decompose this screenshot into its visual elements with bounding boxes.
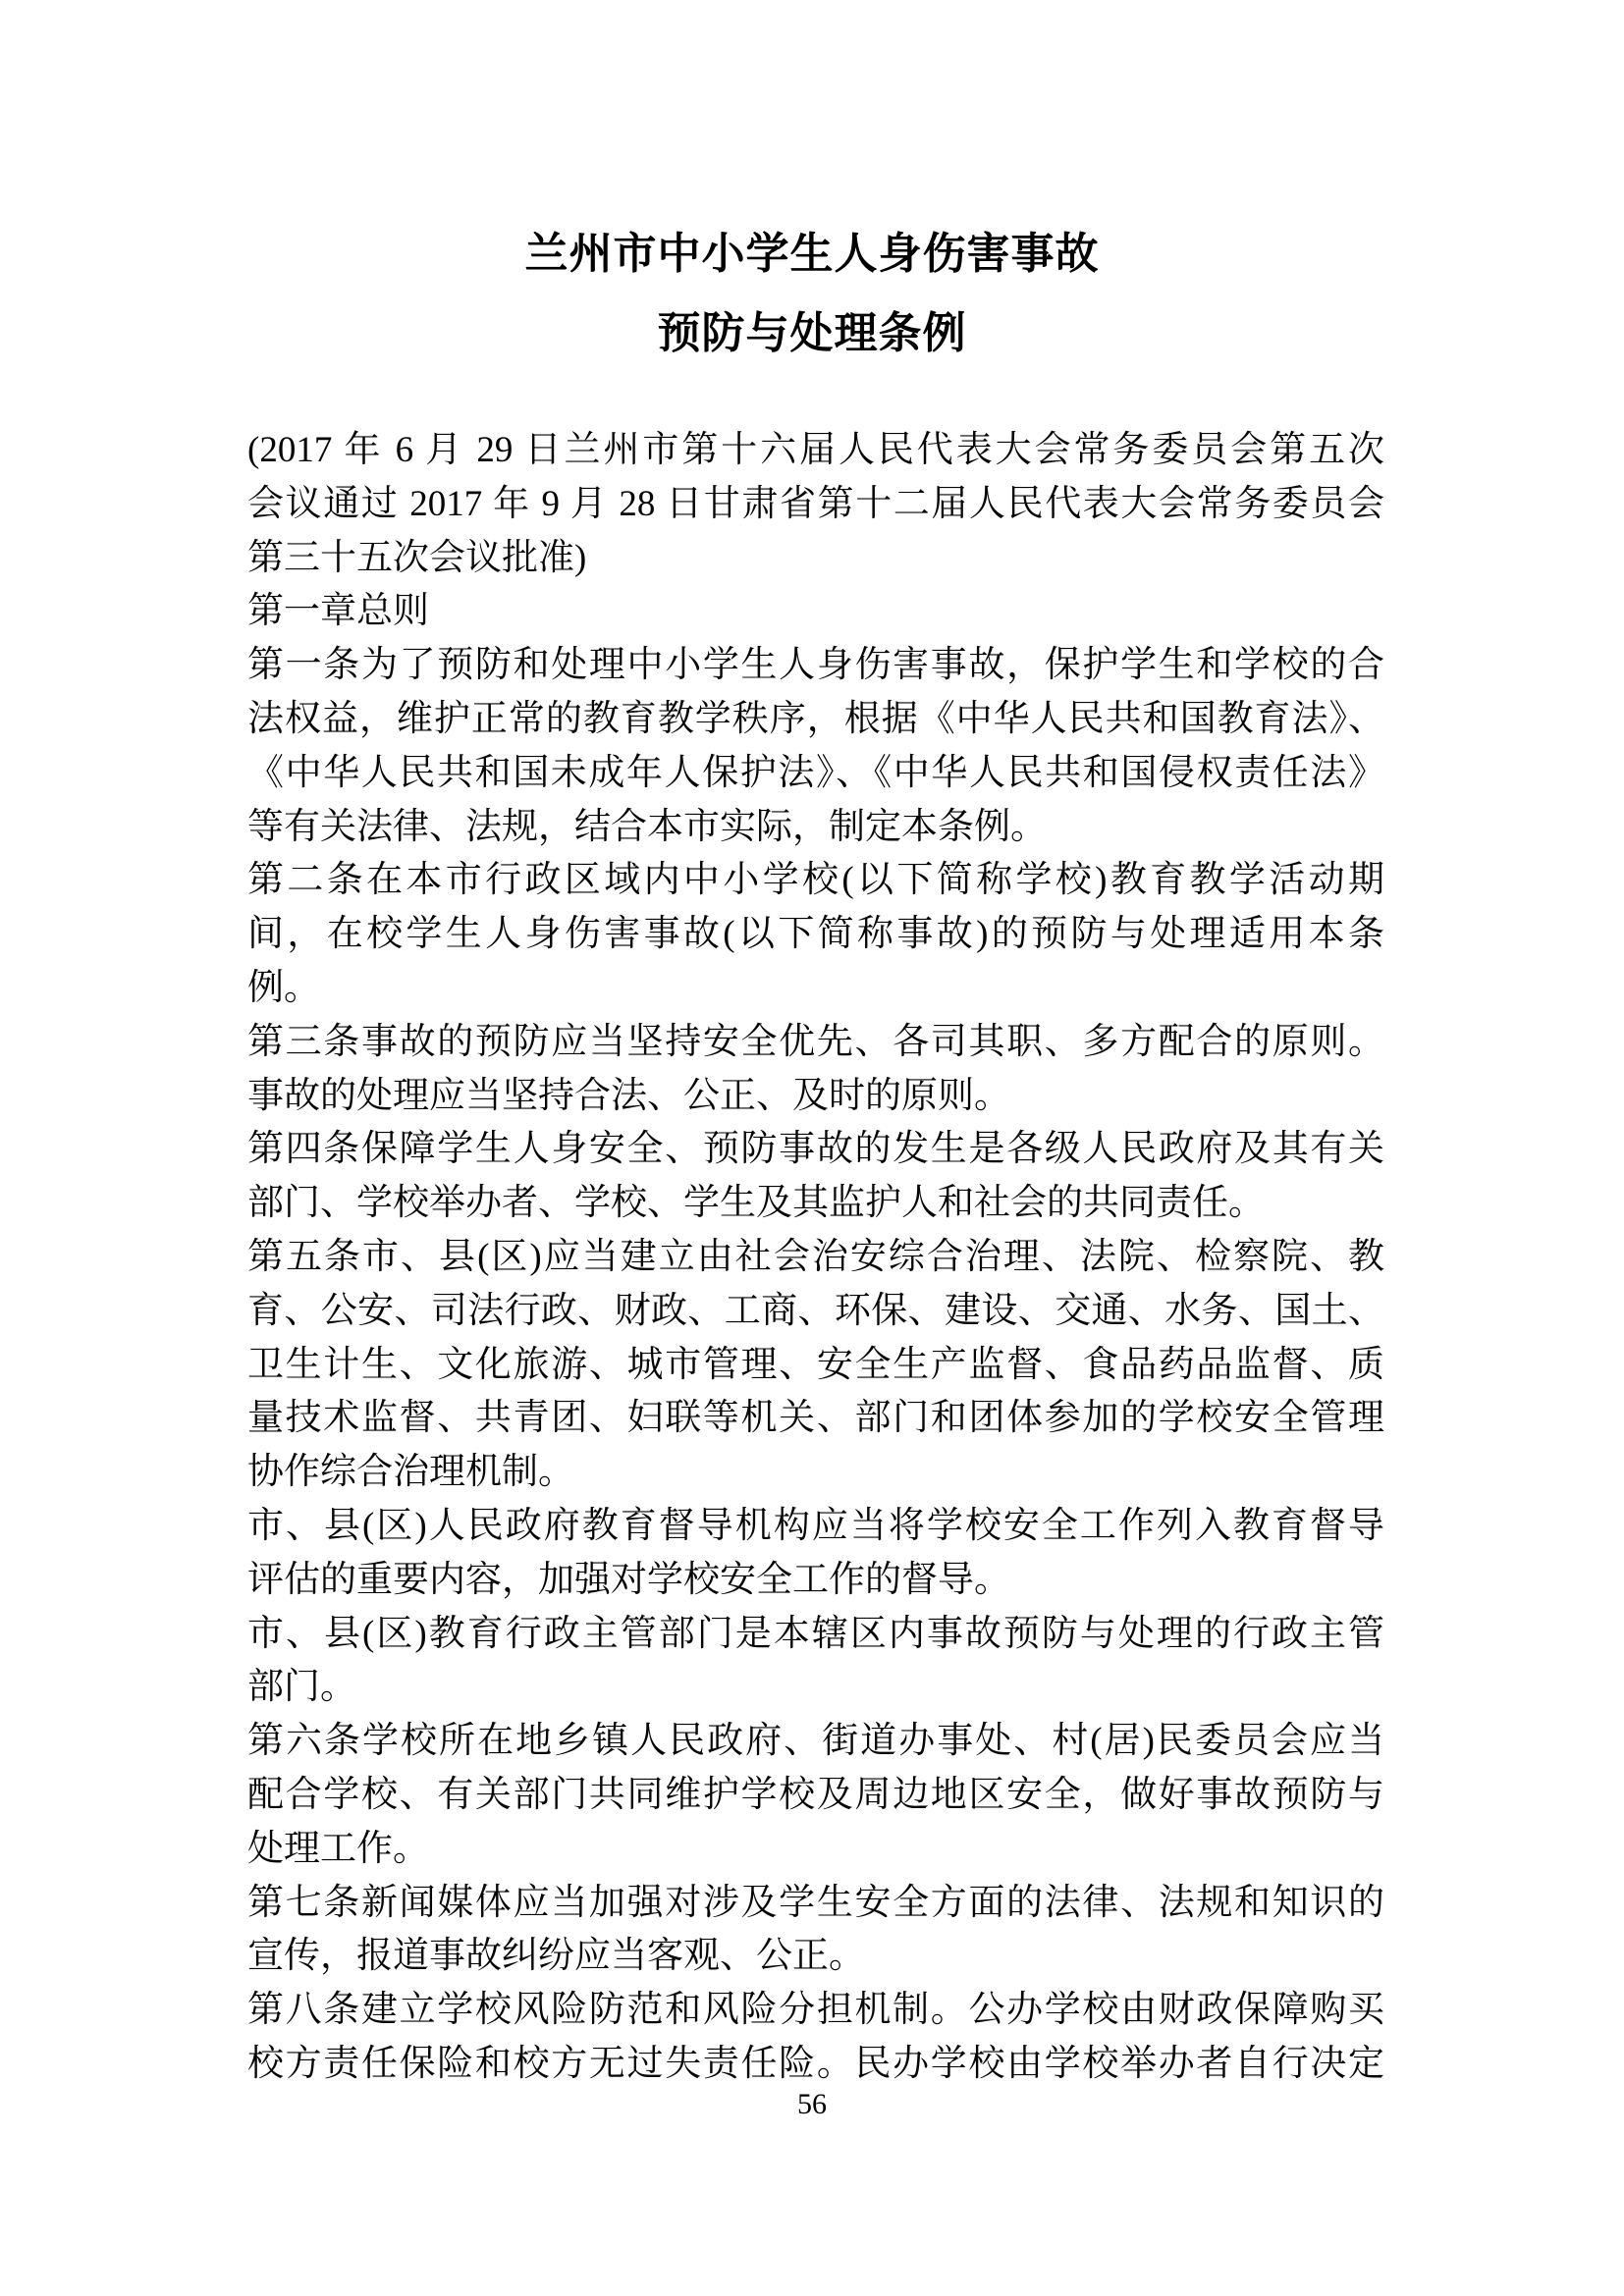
text-line: 第一条为了预防和处理中小学生人身伤害事故，保护学生和学校的合 (247, 639, 1384, 693)
text-line: (2017 年 6 月 29 日兰州市第十六届人民代表大会常务委员会第五次 (247, 424, 1384, 478)
text-line: 部门。 (247, 1661, 1384, 1715)
document-page: 兰州市中小学生人身伤害事故 预防与处理条例 (2017 年 6 月 29 日兰州… (0, 0, 1624, 2296)
text-line: 例。 (247, 962, 1384, 1016)
document-body: (2017 年 6 月 29 日兰州市第十六届人民代表大会常务委员会第五次会议通… (247, 424, 1384, 2092)
text-line: 事故的处理应当坚持合法、公正、及时的原则。 (247, 1070, 1384, 1124)
text-line: 处理工作。 (247, 1823, 1384, 1877)
document-title-line1: 兰州市中小学生人身伤害事故 (0, 214, 1624, 294)
text-line: 第三十五次会议批准) (247, 532, 1384, 586)
text-line: 法权益，维护正常的教育教学秩序，根据《中华人民共和国教育法》、 (247, 693, 1384, 747)
text-line: 校方责任保险和校方无过失责任险。民办学校由学校举办者自行决定 (247, 2038, 1384, 2092)
text-line: 第四条保障学生人身安全、预防事故的发生是各级人民政府及其有关 (247, 1123, 1384, 1177)
text-line: 评估的重要内容，加强对学校安全工作的督导。 (247, 1554, 1384, 1608)
text-line: 《中华人民共和国未成年人保护法》、《中华人民共和国侵权责任法》 (247, 747, 1384, 801)
text-line: 卫生计生、文化旅游、城市管理、安全生产监督、食品药品监督、质 (247, 1339, 1384, 1393)
document-title-line2: 预防与处理条例 (0, 294, 1624, 373)
document-title: 兰州市中小学生人身伤害事故 预防与处理条例 (0, 214, 1624, 373)
text-line: 第二条在本市行政区域内中小学校(以下简称学校)教育教学活动期 (247, 854, 1384, 908)
text-line: 等有关法律、法规，结合本市实际，制定本条例。 (247, 801, 1384, 855)
text-line: 部门、学校举办者、学校、学生及其监护人和社会的共同责任。 (247, 1177, 1384, 1231)
text-line: 第八条建立学校风险防范和风险分担机制。公办学校由财政保障购买 (247, 1984, 1384, 2038)
page-number: 56 (0, 2085, 1624, 2124)
text-line: 第七条新闻媒体应当加强对涉及学生安全方面的法律、法规和知识的 (247, 1877, 1384, 1931)
text-line: 第一章总则 (247, 585, 1384, 639)
text-line: 育、公安、司法行政、财政、工商、环保、建设、交通、水务、国土、 (247, 1285, 1384, 1339)
text-line: 市、县(区)教育行政主管部门是本辖区内事故预防与处理的行政主管 (247, 1608, 1384, 1662)
text-line: 协作综合治理机制。 (247, 1446, 1384, 1500)
text-line: 第五条市、县(区)应当建立由社会治安综合治理、法院、检察院、教 (247, 1231, 1384, 1285)
text-line: 量技术监督、共青团、妇联等机关、部门和团体参加的学校安全管理 (247, 1392, 1384, 1446)
text-line: 间，在校学生人身伤害事故(以下简称事故)的预防与处理适用本条 (247, 908, 1384, 962)
text-line: 宣传，报道事故纠纷应当客观、公正。 (247, 1930, 1384, 1984)
text-line: 第三条事故的预防应当坚持安全优先、各司其职、多方配合的原则。 (247, 1016, 1384, 1070)
text-line: 配合学校、有关部门共同维护学校及周边地区安全，做好事故预防与 (247, 1769, 1384, 1823)
text-line: 会议通过 2017 年 9 月 28 日甘肃省第十二届人民代表大会常务委员会 (247, 478, 1384, 532)
text-line: 第六条学校所在地乡镇人民政府、街道办事处、村(居)民委员会应当 (247, 1715, 1384, 1769)
text-line: 市、县(区)人民政府教育督导机构应当将学校安全工作列入教育督导 (247, 1500, 1384, 1554)
